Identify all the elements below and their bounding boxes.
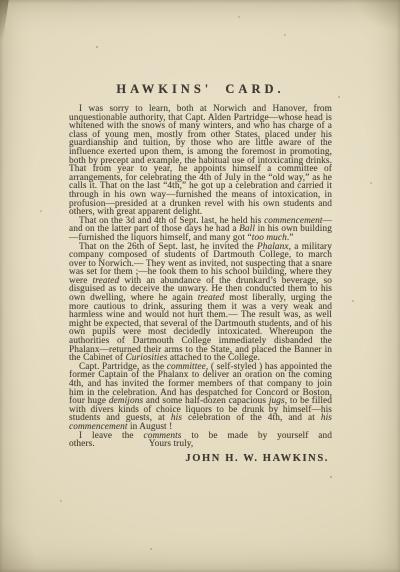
scanned-document-page: HAWKINS' CARD. I was sorry to learn, bot… bbox=[0, 0, 400, 572]
paragraph-closing: I leave the comments to be made by yours… bbox=[69, 432, 332, 449]
paragraph-commencement-ball: That on the 3d and 4th of Sept. last, he… bbox=[69, 217, 332, 243]
paper-specks bbox=[0, 0, 2, 2]
paragraph-coming-celebration: Capt. Partridge, as the committee, ( sel… bbox=[69, 363, 332, 432]
paper-edge-shadow bbox=[0, 0, 9, 52]
signature: JOHN H. W. HAWKINS. bbox=[69, 453, 332, 464]
paragraph-intro-partridge: I was sorry to learn, both at Norwich an… bbox=[69, 105, 332, 217]
paragraph-phalanx-incident: That on the 26th of Sept. last, he invit… bbox=[69, 243, 332, 363]
document-body: HAWKINS' CARD. I was sorry to learn, bot… bbox=[69, 82, 332, 464]
document-title: HAWKINS' CARD. bbox=[69, 82, 332, 97]
